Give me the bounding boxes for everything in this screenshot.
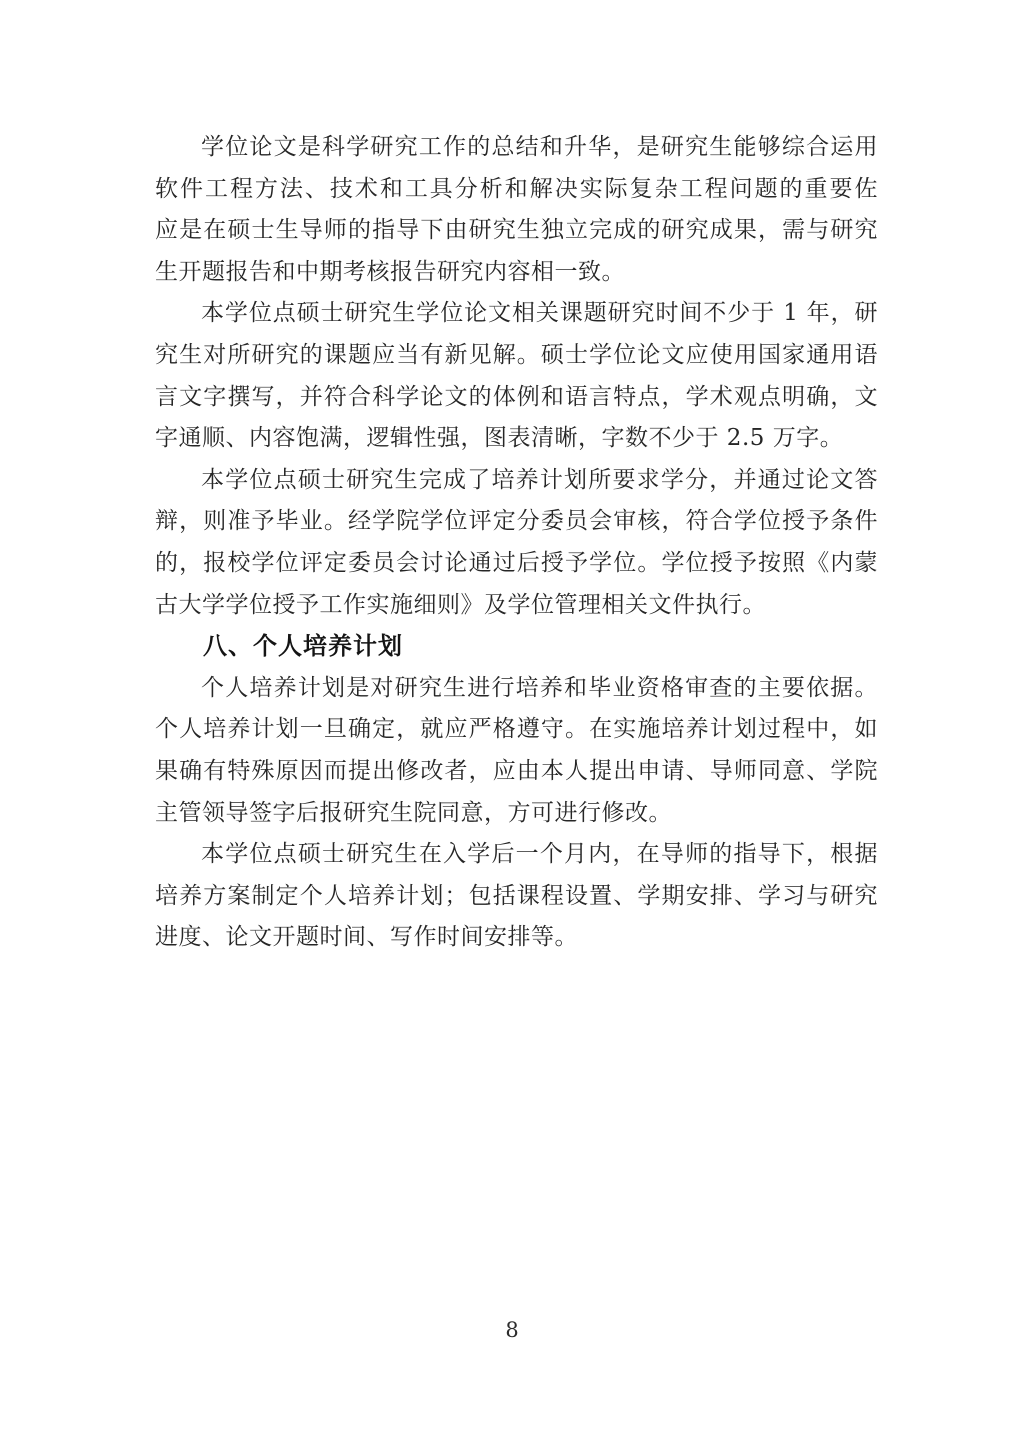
paragraph: 学位论文是科学研究工作的总结和升华，是研究生能够综合运用 软件工程方法、技术和工…: [155, 127, 878, 293]
text-line: 果确有特殊原因而提出修改者，应由本人提出申请、导师同意、学院: [155, 751, 878, 793]
page-number: 8: [0, 1318, 1024, 1342]
paragraph: 个人培养计划是对研究生进行培养和毕业资格审查的主要依据。 个人培养计划一旦确定，…: [155, 668, 878, 834]
text-line: 的，报校学位评定委员会讨论通过后授予学位。学位授予按照《内蒙: [155, 543, 878, 585]
text-line: 究生对所研究的课题应当有新见解。硕士学位论文应使用国家通用语: [155, 335, 878, 377]
text-line: 学位论文是科学研究工作的总结和升华，是研究生能够综合运用: [155, 127, 878, 169]
text-line: 本学位点硕士研究生完成了培养计划所要求学分，并通过论文答: [155, 460, 878, 502]
text-line: 字通顺、内容饱满，逻辑性强，图表清晰，字数不少于 2.5 万字。: [155, 418, 878, 460]
text-line: 言文字撰写，并符合科学论文的体例和语言特点，学术观点明确，文: [155, 377, 878, 419]
paragraph: 本学位点硕士研究生完成了培养计划所要求学分，并通过论文答 辩，则准予毕业。经学院…: [155, 460, 878, 626]
text-line: 培养方案制定个人培养计划；包括课程设置、学期安排、学习与研究: [155, 876, 878, 918]
section-heading: 八、个人培养计划: [155, 626, 878, 668]
text-line: 古大学学位授予工作实施细则》及学位管理相关文件执行。: [155, 585, 878, 627]
text-line: 软件工程方法、技术和工具分析和解决实际复杂工程问题的重要佐证，: [155, 169, 878, 211]
text-line: 生开题报告和中期考核报告研究内容相一致。: [155, 252, 878, 294]
text-line: 个人培养计划一旦确定，就应严格遵守。在实施培养计划过程中，如: [155, 709, 878, 751]
text-line: 应是在硕士生导师的指导下由研究生独立完成的研究成果，需与研究: [155, 210, 878, 252]
text-line: 主管领导签字后报研究生院同意，方可进行修改。: [155, 793, 878, 835]
text-line: 本学位点硕士研究生学位论文相关课题研究时间不少于 1 年，研: [155, 293, 878, 335]
document-page: 学位论文是科学研究工作的总结和升华，是研究生能够综合运用 软件工程方法、技术和工…: [0, 0, 1024, 1448]
text-line: 本学位点硕士研究生在入学后一个月内，在导师的指导下，根据: [155, 834, 878, 876]
text-line: 进度、论文开题时间、写作时间安排等。: [155, 917, 878, 959]
text-line: 个人培养计划是对研究生进行培养和毕业资格审查的主要依据。: [155, 668, 878, 710]
document-body: 学位论文是科学研究工作的总结和升华，是研究生能够综合运用 软件工程方法、技术和工…: [155, 127, 878, 959]
text-line: 辩，则准予毕业。经学院学位评定分委员会审核，符合学位授予条件: [155, 501, 878, 543]
paragraph: 本学位点硕士研究生在入学后一个月内，在导师的指导下，根据 培养方案制定个人培养计…: [155, 834, 878, 959]
paragraph: 本学位点硕士研究生学位论文相关课题研究时间不少于 1 年，研 究生对所研究的课题…: [155, 293, 878, 459]
